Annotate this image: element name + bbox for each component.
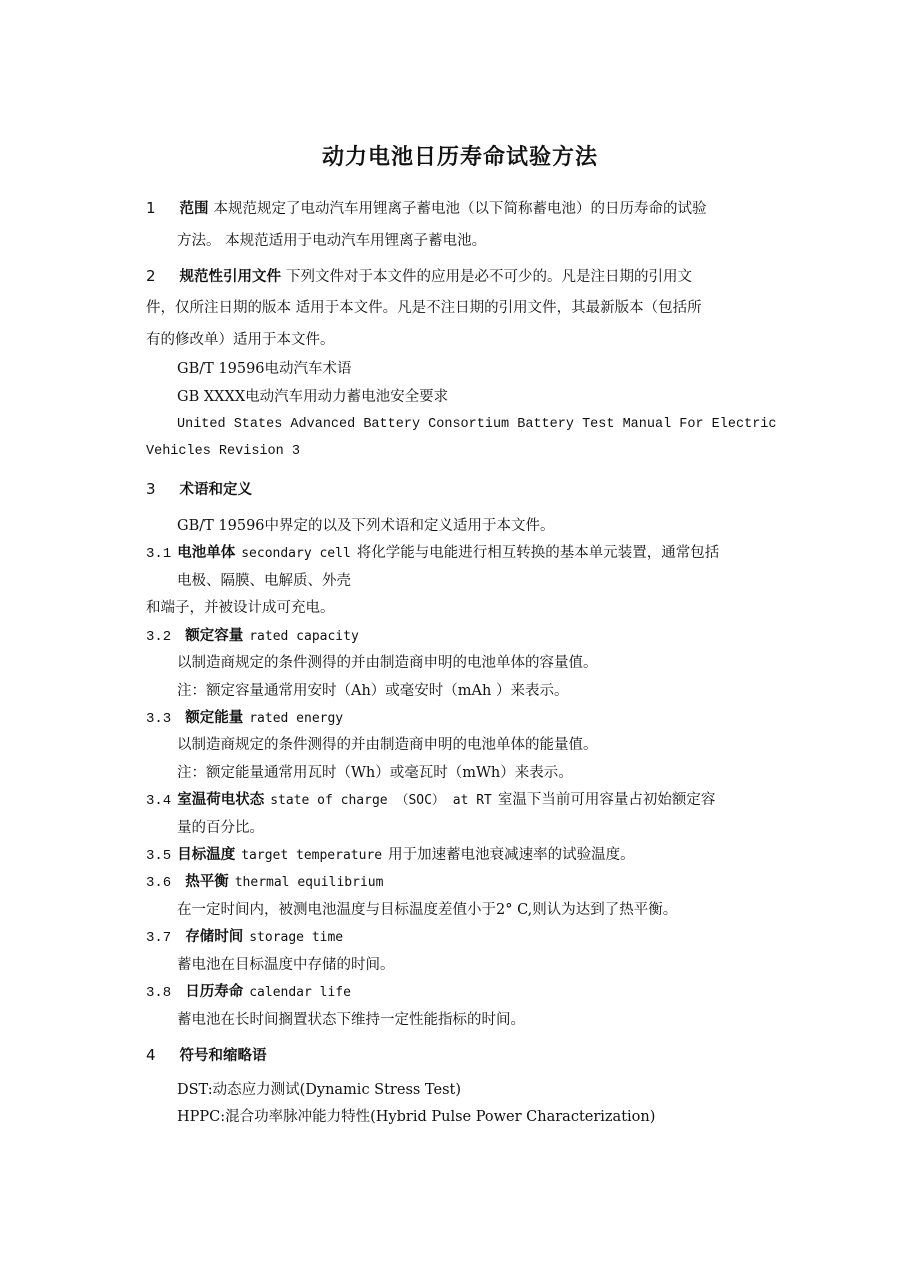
term-en: storage time [249, 930, 343, 945]
term-definition: 以制造商规定的条件测得的并由制造商申明的电池单体的容量值。 [177, 653, 598, 673]
term-number: 3.1 [146, 546, 171, 562]
section-2-line-2: 件，仅所注日期的版本 适用于本文件。凡是不注日期的引用文件，其最新版本（包括所 [146, 298, 702, 318]
section-number: 1 [146, 199, 156, 217]
section-heading: 符号和缩略语 [180, 1048, 267, 1064]
abbreviation-item: HPPC:混合功率脉冲能力特性(Hybrid Pulse Power Chara… [177, 1107, 655, 1127]
reference-item-continuation: Vehicles Revision 3 [146, 442, 300, 462]
term-3-6: 3.6热平衡thermal equilibrium [146, 872, 383, 893]
section-heading: 范围 [180, 201, 209, 217]
term-number: 3.7 [146, 930, 171, 946]
reference-item: GB/T 19596电动汽车术语 [177, 359, 352, 379]
term-3-3: 3.3额定能量rated energy [146, 708, 343, 729]
term-en: rated energy [249, 711, 343, 726]
term-3-7: 3.7存储时间storage time [146, 927, 343, 948]
term-definition-continued: 和端子，并被设计成可充电。 [146, 598, 335, 618]
term-definition: 蓄电池在长时间搁置状态下维持一定性能指标的时间。 [177, 1010, 525, 1030]
term-en: secondary cell [241, 546, 351, 561]
term-number: 3.6 [146, 875, 171, 891]
term-3-4: 3.4室温荷电状态state of charge （SOC） at RT室温下当… [146, 790, 715, 811]
term-definition-continued: 量的百分比。 [177, 818, 264, 838]
reference-item: GB XXXX电动汽车用动力蓄电池安全要求 [177, 387, 448, 407]
term-cn: 室温荷电状态 [177, 792, 264, 808]
section-text: 本规范规定了电动汽车用锂离子蓄电池（以下简称蓄电池）的日历寿命的试验 [214, 201, 707, 217]
section-heading: 术语和定义 [180, 482, 253, 498]
section-number: 4 [146, 1046, 156, 1064]
term-definition: 将化学能与电能进行相互转换的基本单元装置，通常包括 [357, 545, 720, 561]
term-en: target temperature [241, 848, 382, 863]
term-en: thermal equilibrium [235, 875, 384, 890]
term-note: 注：额定容量通常用安时（Ah）或毫安时（mAh ）来表示。 [177, 681, 568, 701]
section-text: 下列文件对于本文件的应用是必不可少的。凡是注日期的引用文 [286, 269, 692, 285]
term-cn: 热平衡 [185, 874, 229, 890]
term-definition: 室温下当前可用容量占初始额定容 [498, 792, 716, 808]
term-number: 3.5 [146, 848, 171, 864]
section-number: 3 [146, 480, 156, 498]
section-3-intro: GB/T 19596中界定的以及下列术语和定义适用于本文件。 [177, 516, 555, 536]
term-definition: 在一定时间内，被测电池温度与目标温度差值小于2° C,则认为达到了热平衡。 [177, 900, 677, 920]
term-3-8: 3.8日历寿命calendar life [146, 982, 351, 1003]
section-1-line-2: 方法。 本规范适用于电动汽车用锂离子蓄电池。 [177, 231, 486, 251]
term-definition-continued: 电极、隔膜、电解质、外壳 [177, 571, 351, 591]
section-3-heading-line: 3术语和定义 [146, 479, 252, 500]
section-2-line-3: 有的修改单）适用于本文件。 [146, 330, 335, 350]
term-en: calendar life [249, 985, 351, 1000]
term-cn: 存储时间 [185, 929, 243, 945]
document-page: 动力电池日历寿命试验方法 1范围本规范规定了电动汽车用锂离子蓄电池（以下简称蓄电… [0, 0, 920, 1276]
term-en: rated capacity [249, 629, 359, 644]
section-1-line-1: 1范围本规范规定了电动汽车用锂离子蓄电池（以下简称蓄电池）的日历寿命的试验 [146, 198, 707, 219]
term-cn: 日历寿命 [185, 984, 243, 1000]
reference-item: United States Advanced Battery Consortiu… [177, 415, 777, 435]
section-4-heading-line: 4符号和缩略语 [146, 1045, 267, 1066]
document-title: 动力电池日历寿命试验方法 [0, 140, 920, 171]
term-3-5: 3.5目标温度target temperature用于加速蓄电池衰减速率的试验温… [146, 845, 635, 866]
section-heading: 规范性引用文件 [180, 269, 282, 285]
term-cn: 电池单体 [177, 545, 235, 561]
term-number: 3.4 [146, 793, 171, 809]
term-number: 3.3 [146, 711, 171, 727]
term-definition: 以制造商规定的条件测得的并由制造商申明的电池单体的能量值。 [177, 735, 598, 755]
abbreviation-item: DST:动态应力测试(Dynamic Stress Test) [177, 1080, 461, 1100]
section-number: 2 [146, 267, 156, 285]
term-number: 3.8 [146, 985, 171, 1001]
term-cn: 目标温度 [177, 847, 235, 863]
term-note: 注：额定能量通常用瓦时（Wh）或毫瓦时（mWh）来表示。 [177, 763, 573, 783]
section-2-line-1: 2规范性引用文件下列文件对于本文件的应用是必不可少的。凡是注日期的引用文 [146, 266, 692, 287]
term-number: 3.2 [146, 629, 171, 645]
term-3-1: 3.1电池单体secondary cell将化学能与电能进行相互转换的基本单元装… [146, 543, 719, 564]
term-3-2: 3.2额定容量rated capacity [146, 626, 359, 647]
term-definition: 用于加速蓄电池衰减速率的试验温度。 [388, 847, 635, 863]
term-cn: 额定能量 [185, 710, 243, 726]
term-definition: 蓄电池在目标温度中存储的时间。 [177, 955, 395, 975]
term-en: state of charge （SOC） at RT [270, 793, 492, 808]
term-cn: 额定容量 [185, 628, 243, 644]
